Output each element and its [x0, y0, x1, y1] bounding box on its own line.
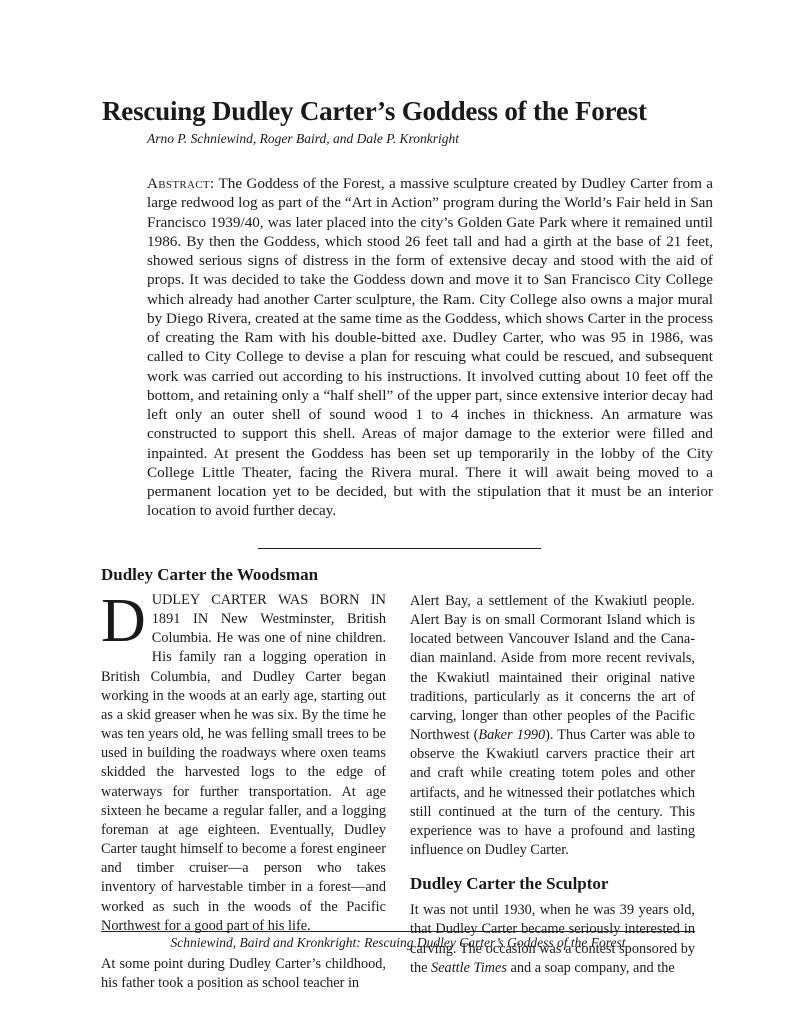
body-paragraph: Dudley Carter was born in 1891 in New We…	[101, 591, 386, 936]
left-column: Dudley Carter the Woodsman Dudley Carter…	[101, 565, 386, 993]
abstract-text: The Goddess of the Forest, a massive scu…	[147, 175, 713, 519]
paragraph-text: Alert Bay, a settlement of the Kwakiutl …	[410, 593, 695, 743]
footer-rule	[101, 931, 695, 932]
drop-cap: D	[101, 597, 146, 649]
author-list: Arno P. Schniewind, Roger Baird, and Dal…	[147, 131, 459, 147]
paragraph-text: New Westminster, British Columbia. He wa…	[101, 611, 386, 934]
paragraph-text: ). Thus Carter was able to observe the K…	[410, 727, 695, 858]
abstract: Abstract: The Goddess of the Forest, a m…	[147, 174, 713, 521]
article-title: Rescuing Dudley Carter’s Goddess of the …	[102, 96, 647, 127]
paragraph-text: and a soap company, and the	[507, 960, 675, 976]
citation: Baker 1990	[478, 727, 545, 743]
section-heading-woodsman: Dudley Carter the Woodsman	[101, 565, 386, 585]
body-paragraph: At some point during Dudley Carter’s chi…	[101, 955, 386, 993]
abstract-label: Abstract:	[147, 175, 214, 192]
right-column: Alert Bay, a settlement of the Kwakiutl …	[410, 592, 695, 978]
running-footer: Schniewind, Baird and Kronkright: Rescui…	[101, 935, 695, 951]
newspaper-title: Seattle Times	[431, 960, 507, 976]
section-divider	[258, 548, 541, 549]
section-heading-sculptor: Dudley Carter the Sculptor	[410, 874, 695, 894]
body-paragraph: Alert Bay, a settlement of the Kwakiutl …	[410, 592, 695, 860]
